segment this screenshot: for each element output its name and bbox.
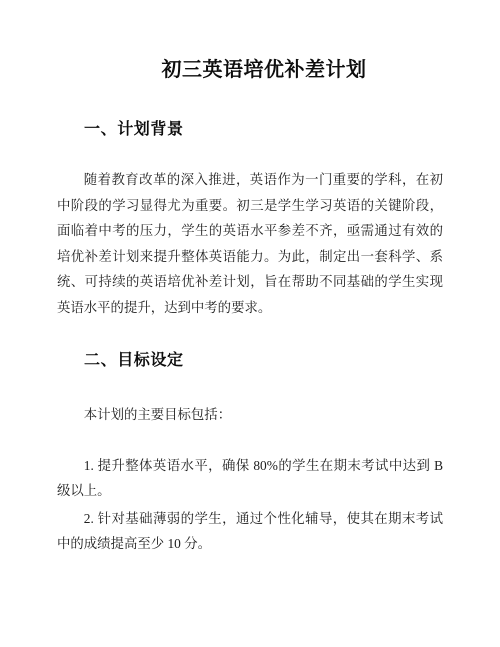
document-page: 初三英语培优补差计划 一、计划背景 随着教育改革的深入推进，英语作为一门重要的学… — [0, 0, 500, 647]
goal-item-2: 2. 针对基础薄弱的学生，通过个性化辅导，使其在期末考试中的成绩提高至少 10 … — [57, 506, 443, 557]
section-heading-goal-setting: 二、目标设定 — [57, 350, 443, 372]
document-title: 初三英语培优补差计划 — [57, 57, 443, 83]
section-heading-plan-background: 一、计划背景 — [57, 119, 443, 141]
goals-intro-line: 本计划的主要目标包括： — [57, 402, 443, 428]
goal-item-1: 1. 提升整体英语水平，确保 80%的学生在期末考试中达到 B 级以上。 — [57, 453, 443, 504]
paragraph-plan-background: 随着教育改革的深入推进，英语作为一门重要的学科，在初中阶段的学习显得尤为重要。初… — [57, 167, 443, 320]
